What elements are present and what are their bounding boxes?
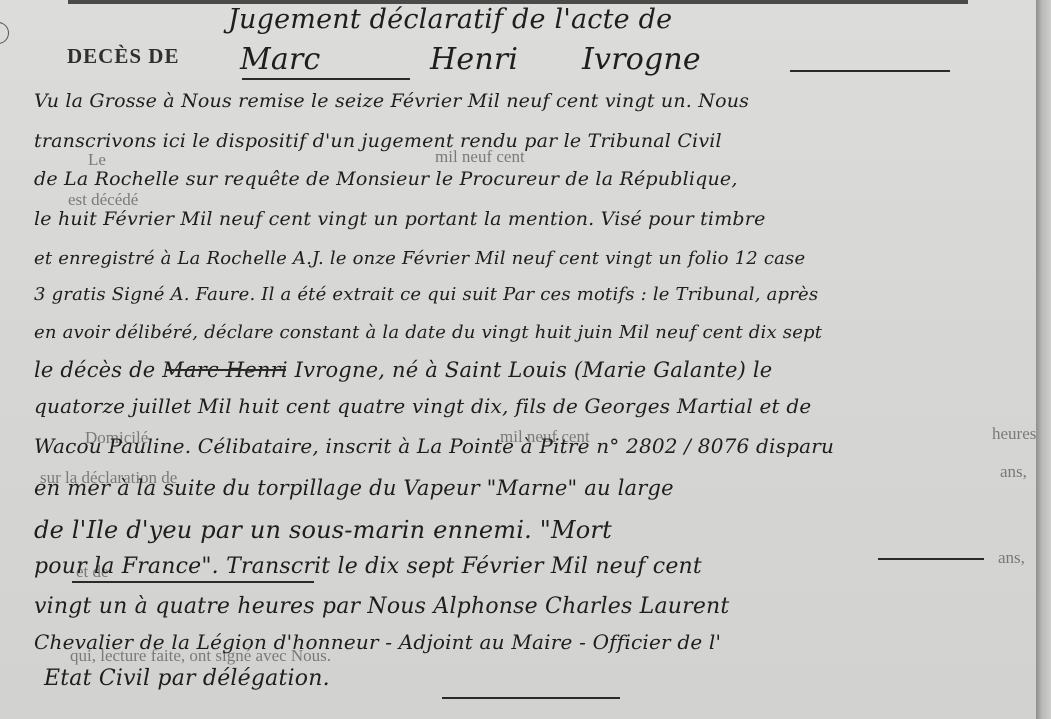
- register-page: DECÈS DE Le mil neuf cent est décédé Dom…: [0, 0, 1036, 719]
- body-line-15: Chevalier de la Légion d'honneur - Adjoi…: [34, 630, 721, 654]
- name-underline: [242, 78, 410, 80]
- page-binding-edge: [1036, 0, 1051, 719]
- margin-mark: [0, 22, 9, 44]
- deceased-first-name: Marc: [240, 42, 321, 77]
- printed-ans-1: ans,: [1000, 462, 1027, 482]
- title-blank-line: [790, 70, 950, 72]
- body-line-6: 3 gratis Signé A. Faure. Il a été extrai…: [34, 284, 818, 305]
- body-line-13: pour la France". Transcrit le dix sept F…: [34, 554, 702, 579]
- closing-signature-line: [442, 697, 620, 699]
- body-line-16: Etat Civil par délégation.: [44, 666, 330, 691]
- body-line-9: quatorze juillet Mil huit cent quatre vi…: [34, 394, 811, 418]
- body-line-8: le décès de Marc Henri Ivrogne, né à Sai…: [34, 358, 772, 382]
- body-line-3: de La Rochelle sur requête de Monsieur l…: [34, 168, 738, 190]
- deceased-surname: Ivrogne: [582, 42, 701, 77]
- name-underline-body: [166, 369, 286, 371]
- printed-le: Le: [88, 150, 106, 170]
- printed-ans-2: ans,: [998, 548, 1025, 568]
- body-line-10: Wacou Pauline. Célibataire, inscrit à La…: [34, 434, 834, 458]
- body-line-12: de l'Ile d'yeu par un sous-marin ennemi.…: [34, 516, 612, 544]
- title-line: Jugement déclaratif de l'acte de: [228, 4, 672, 35]
- body-line-11: en mer à la suite du torpillage du Vapeu…: [34, 476, 674, 500]
- printed-heures: heures: [992, 424, 1036, 444]
- deceased-middle-name: Henri: [430, 42, 518, 77]
- body-line-5: et enregistré à La Rochelle A.J. le onze…: [34, 248, 805, 269]
- body-line-14: vingt un à quatre heures par Nous Alphon…: [34, 594, 729, 619]
- printed-heading: DECÈS DE: [67, 44, 179, 69]
- mort-pour-la-france-underline: [72, 581, 314, 583]
- body-line-4: le huit Février Mil neuf cent vingt un p…: [34, 208, 766, 230]
- body-line-2: transcrivons ici le dispositif d'un juge…: [34, 130, 722, 152]
- body-line-1: Vu la Grosse à Nous remise le seize Févr…: [34, 90, 749, 112]
- mort-underline: [878, 558, 984, 560]
- printed-est-decede: est décédé: [68, 190, 138, 210]
- body-line-7: en avoir délibéré, déclare constant à la…: [34, 322, 822, 343]
